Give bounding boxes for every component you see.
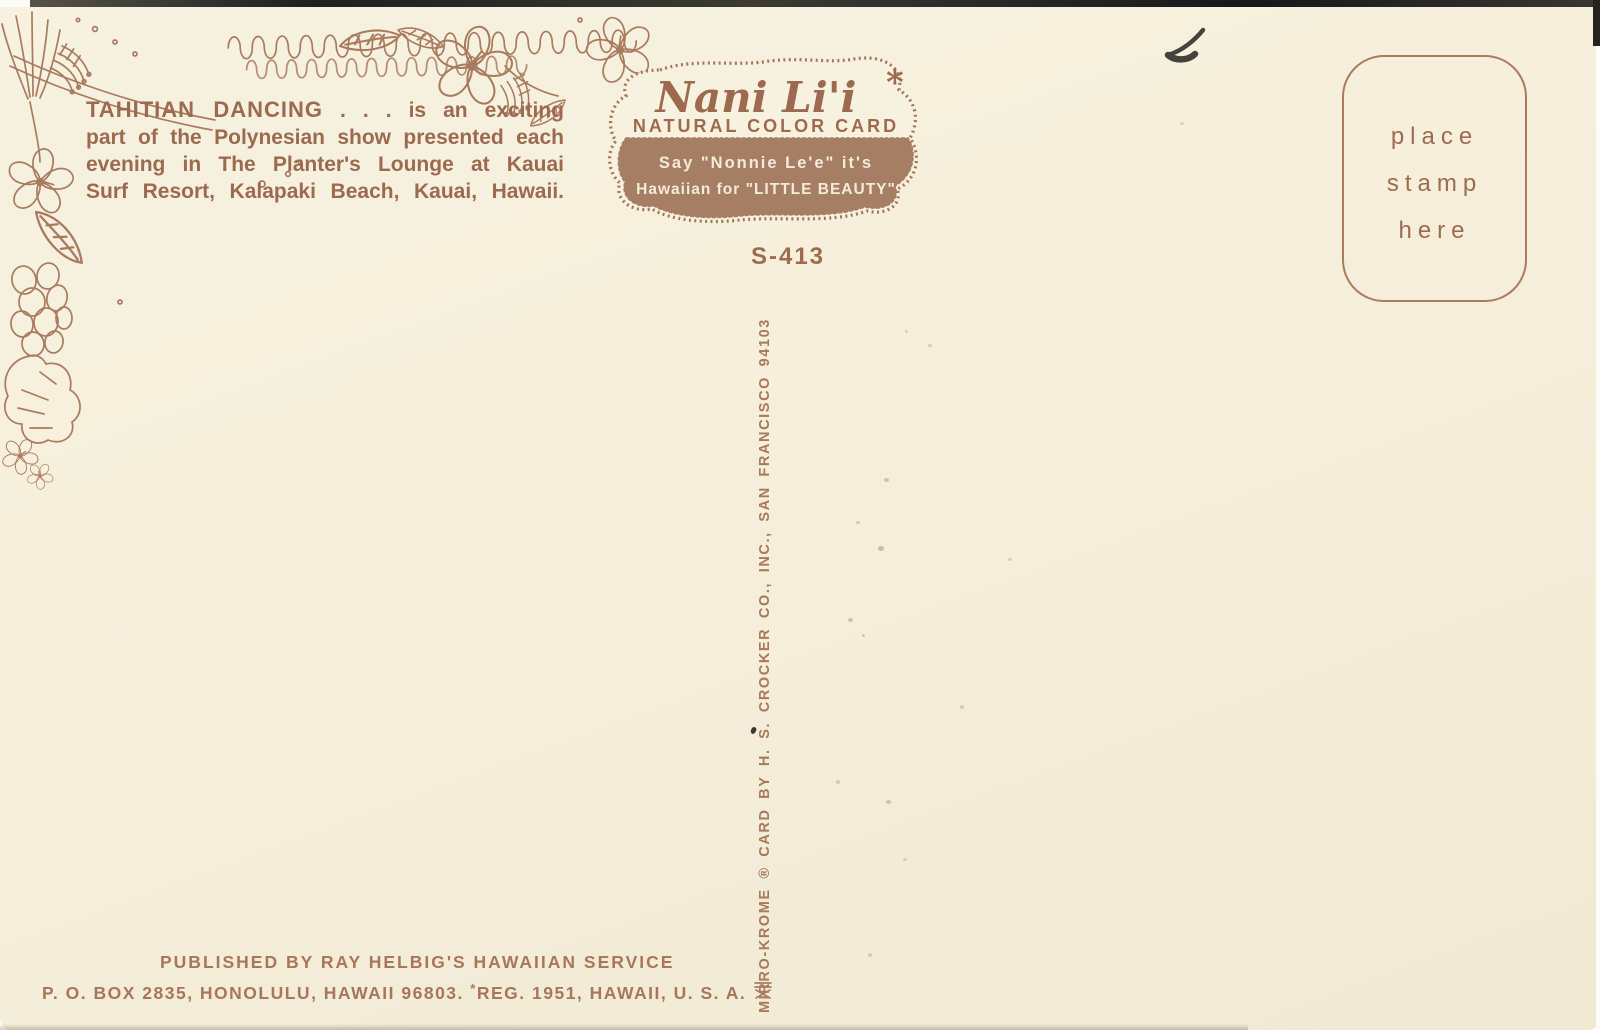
stamp-box-line-1: place — [1344, 113, 1525, 160]
description-line-4: Surf Resort, Kalapaki Beach, Kauai, Hawa… — [86, 178, 564, 205]
postcard-back: TAHITIAN DANCING . . . is an exciting pa… — [0, 0, 1600, 1030]
stamp-box-line-3: here — [1344, 207, 1525, 254]
stamp-box-line-2: stamp — [1344, 160, 1525, 207]
emblem-brown-band — [618, 138, 913, 218]
brand-asterisk: * — [886, 63, 904, 103]
scan-edge-top — [28, 0, 1600, 7]
publisher-line-2: P. O. BOX 2835, HONOLULU, HAWAII 96803. … — [42, 981, 742, 1004]
brand-subtitle: NATURAL COLOR CARD — [633, 116, 899, 136]
union-bug-mark — [752, 979, 774, 1000]
publisher-address: P. O. BOX 2835, HONOLULU, HAWAII 96803. — [42, 983, 464, 1003]
stamp-box: place stamp here — [1342, 55, 1527, 302]
brand-emblem: Nani Li'i * NATURAL COLOR CARD Say "Nonn… — [598, 46, 938, 244]
description-line-3: evening in The Planter's Lounge at Kauai — [86, 151, 564, 178]
scan-edge-right-dark — [1593, 0, 1600, 46]
brand-script-name: Nani Li'i — [653, 73, 856, 122]
description-line-1-rest: . . . is an exciting — [323, 99, 564, 122]
description-line-2: part of the Polynesian show presented ea… — [86, 124, 564, 151]
scan-edge-bottom — [0, 1024, 1248, 1030]
tropical-border-art — [0, 4, 690, 504]
card-number: S-413 — [742, 243, 834, 271]
ink-speck — [750, 726, 757, 734]
description-title: TAHITIAN DANCING — [86, 97, 323, 122]
pencil-mark — [1148, 20, 1223, 75]
scan-edge-right-white — [1596, 46, 1600, 1030]
description-line-1: TAHITIAN DANCING . . . is an exciting — [86, 96, 564, 124]
publisher-line-1: PUBLISHED BY RAY HELBIG'S HAWAIIAN SERVI… — [160, 952, 616, 973]
brand-tagline-1: Say "Nonnie Le'e" it's — [659, 154, 873, 172]
printer-credit: MIRRO-KROME ® CARD BY H. S. CROCKER CO.,… — [757, 301, 773, 1013]
brand-tagline-2: Hawaiian for "LITTLE BEAUTY" — [636, 181, 896, 198]
publisher-registration: REG. 1951, HAWAII, U. S. A. — [477, 983, 746, 1003]
description-block: TAHITIAN DANCING . . . is an exciting pa… — [86, 96, 564, 205]
scan-edge-top-left — [0, 0, 30, 7]
